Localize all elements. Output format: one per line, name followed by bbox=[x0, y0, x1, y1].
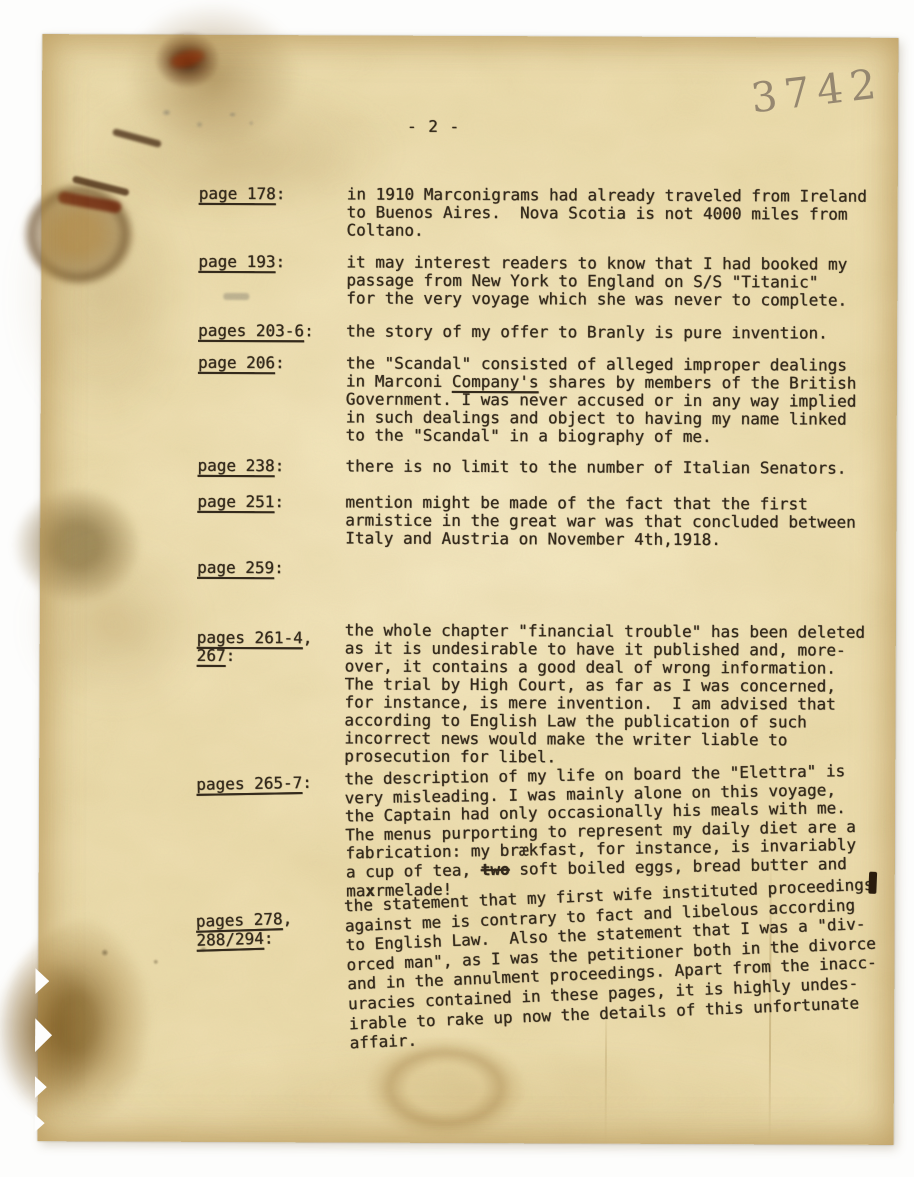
stain-left-wash bbox=[11, 154, 192, 435]
text-segment: , bbox=[282, 909, 292, 928]
text-segment: page 238 bbox=[197, 456, 274, 475]
entry-label-e178: page 178: bbox=[199, 185, 286, 203]
stain-gray-specks bbox=[150, 101, 260, 135]
text-segment: in Marconi bbox=[346, 371, 452, 390]
body-line: to the "Scandal" in a biography of me. bbox=[346, 426, 857, 446]
label-line: pages 278, bbox=[196, 909, 293, 931]
text-segment: : bbox=[264, 928, 274, 947]
handwritten-number-text: 3742 bbox=[748, 59, 885, 122]
text-segment: : bbox=[274, 558, 284, 577]
text-segment: 288/294 bbox=[196, 929, 264, 950]
stain-gray-mark bbox=[223, 293, 249, 300]
entry-body-e193: it may interest readers to know that I h… bbox=[346, 253, 847, 309]
text-segment: : bbox=[275, 252, 285, 271]
handwritten-number: 3742 bbox=[742, 45, 914, 136]
entry-label-e278: pages 278,288/294: bbox=[196, 909, 293, 950]
entry-body-e206: the "Scandal" consisted of alleged impro… bbox=[346, 354, 857, 446]
text-segment: : bbox=[302, 773, 312, 792]
text-segment: page 206 bbox=[198, 353, 275, 372]
entry-label-e265: pages 265-7: bbox=[196, 774, 312, 794]
stain-bottom-left-core bbox=[0, 954, 103, 1114]
body-line: Italy and Austria on November 4th,1918. bbox=[345, 529, 856, 549]
entry-label-e203: pages 203-6: bbox=[198, 322, 314, 341]
text-segment: : bbox=[275, 353, 285, 372]
page-number-header: - 2 - bbox=[407, 118, 460, 136]
body-line: to Buenos Aires. Nova Scotia is not 4000… bbox=[347, 203, 867, 223]
ink-dash-mark bbox=[868, 872, 877, 894]
label-line: pages 203-6: bbox=[198, 322, 314, 341]
text-segment: : bbox=[226, 646, 236, 665]
text-segment: a cup of tea, bbox=[346, 860, 481, 881]
body-line: for the very voyage which she was never … bbox=[346, 289, 847, 309]
label-line: pages 261-4, bbox=[197, 629, 313, 648]
stain-round-blob bbox=[19, 180, 137, 289]
label-line: page 259: bbox=[197, 559, 284, 577]
text-segment: two bbox=[481, 860, 510, 879]
text-segment: page 251 bbox=[197, 492, 274, 511]
text-segment: : bbox=[275, 456, 285, 475]
text-segment: pages 203-6 bbox=[198, 321, 304, 340]
entry-label-e261: pages 261-4,267: bbox=[197, 629, 313, 666]
text-segment: : bbox=[304, 321, 314, 340]
entry-label-e238: page 238: bbox=[197, 457, 284, 475]
body-line: there is no limit to the number of Itali… bbox=[345, 457, 846, 477]
label-line: page 178: bbox=[199, 185, 286, 203]
stain-red-streak bbox=[57, 191, 122, 214]
entry-body-e251: mention might be made of the fact that t… bbox=[345, 493, 856, 549]
entry-body-e178: in 1910 Marconigrams had already travele… bbox=[347, 185, 867, 241]
text-segment: 267 bbox=[197, 646, 226, 665]
label-line: page 193: bbox=[198, 253, 285, 271]
entry-label-e251: page 251: bbox=[197, 493, 284, 511]
label-line: page 238: bbox=[197, 457, 284, 475]
stain-dark-slash bbox=[72, 175, 130, 196]
stain-round-blob-rim bbox=[13, 174, 144, 295]
stain-bottom-band bbox=[98, 1044, 858, 1147]
stain-top-dark-core bbox=[154, 31, 220, 89]
text-segment: , bbox=[303, 628, 313, 647]
text-segment: pages 261-4 bbox=[197, 628, 303, 647]
text-segment: : bbox=[274, 492, 284, 511]
label-line: page 206: bbox=[198, 354, 285, 372]
text-segment: Company's bbox=[452, 372, 539, 391]
text-segment: page 178 bbox=[199, 184, 276, 203]
stain-bottom-left bbox=[0, 914, 219, 1155]
text-segment: page 193 bbox=[198, 252, 275, 271]
entry-body-e203: the story of my offer to Branly is pure … bbox=[346, 322, 828, 342]
text-segment: : bbox=[276, 184, 286, 203]
body-line: the story of my offer to Branly is pure … bbox=[346, 322, 828, 342]
entry-label-e193: page 193: bbox=[198, 253, 285, 271]
body-line: Coltano. bbox=[347, 221, 867, 241]
scan-background: - 2 - 3742 page 178:in 1910 Marconigrams… bbox=[0, 0, 914, 1177]
entry-body-e261: the whole chapter "financial trouble" ha… bbox=[344, 621, 865, 767]
text-segment: page 259 bbox=[197, 558, 274, 577]
entry-body-e278: the statement that my first wife institu… bbox=[344, 875, 880, 1053]
text-segment: pages 265-7 bbox=[196, 773, 302, 794]
stain-middle-blob bbox=[12, 486, 143, 605]
entry-body-e238: there is no limit to the number of Itali… bbox=[345, 457, 846, 477]
label-line: 267: bbox=[197, 647, 313, 666]
stain-top-red-tinge bbox=[169, 47, 206, 71]
entry-label-e206: page 206: bbox=[198, 354, 285, 372]
label-line: 288/294: bbox=[196, 928, 293, 950]
label-line: page 251: bbox=[197, 493, 284, 511]
document-page: - 2 - 3742 page 178:in 1910 Marconigrams… bbox=[38, 34, 899, 1145]
label-line: pages 265-7: bbox=[196, 774, 312, 794]
stain-top-halo bbox=[122, 0, 303, 151]
stain-middle-wash bbox=[19, 534, 210, 715]
entry-label-e259: page 259: bbox=[197, 559, 284, 577]
stain-ink-slash bbox=[112, 128, 162, 148]
